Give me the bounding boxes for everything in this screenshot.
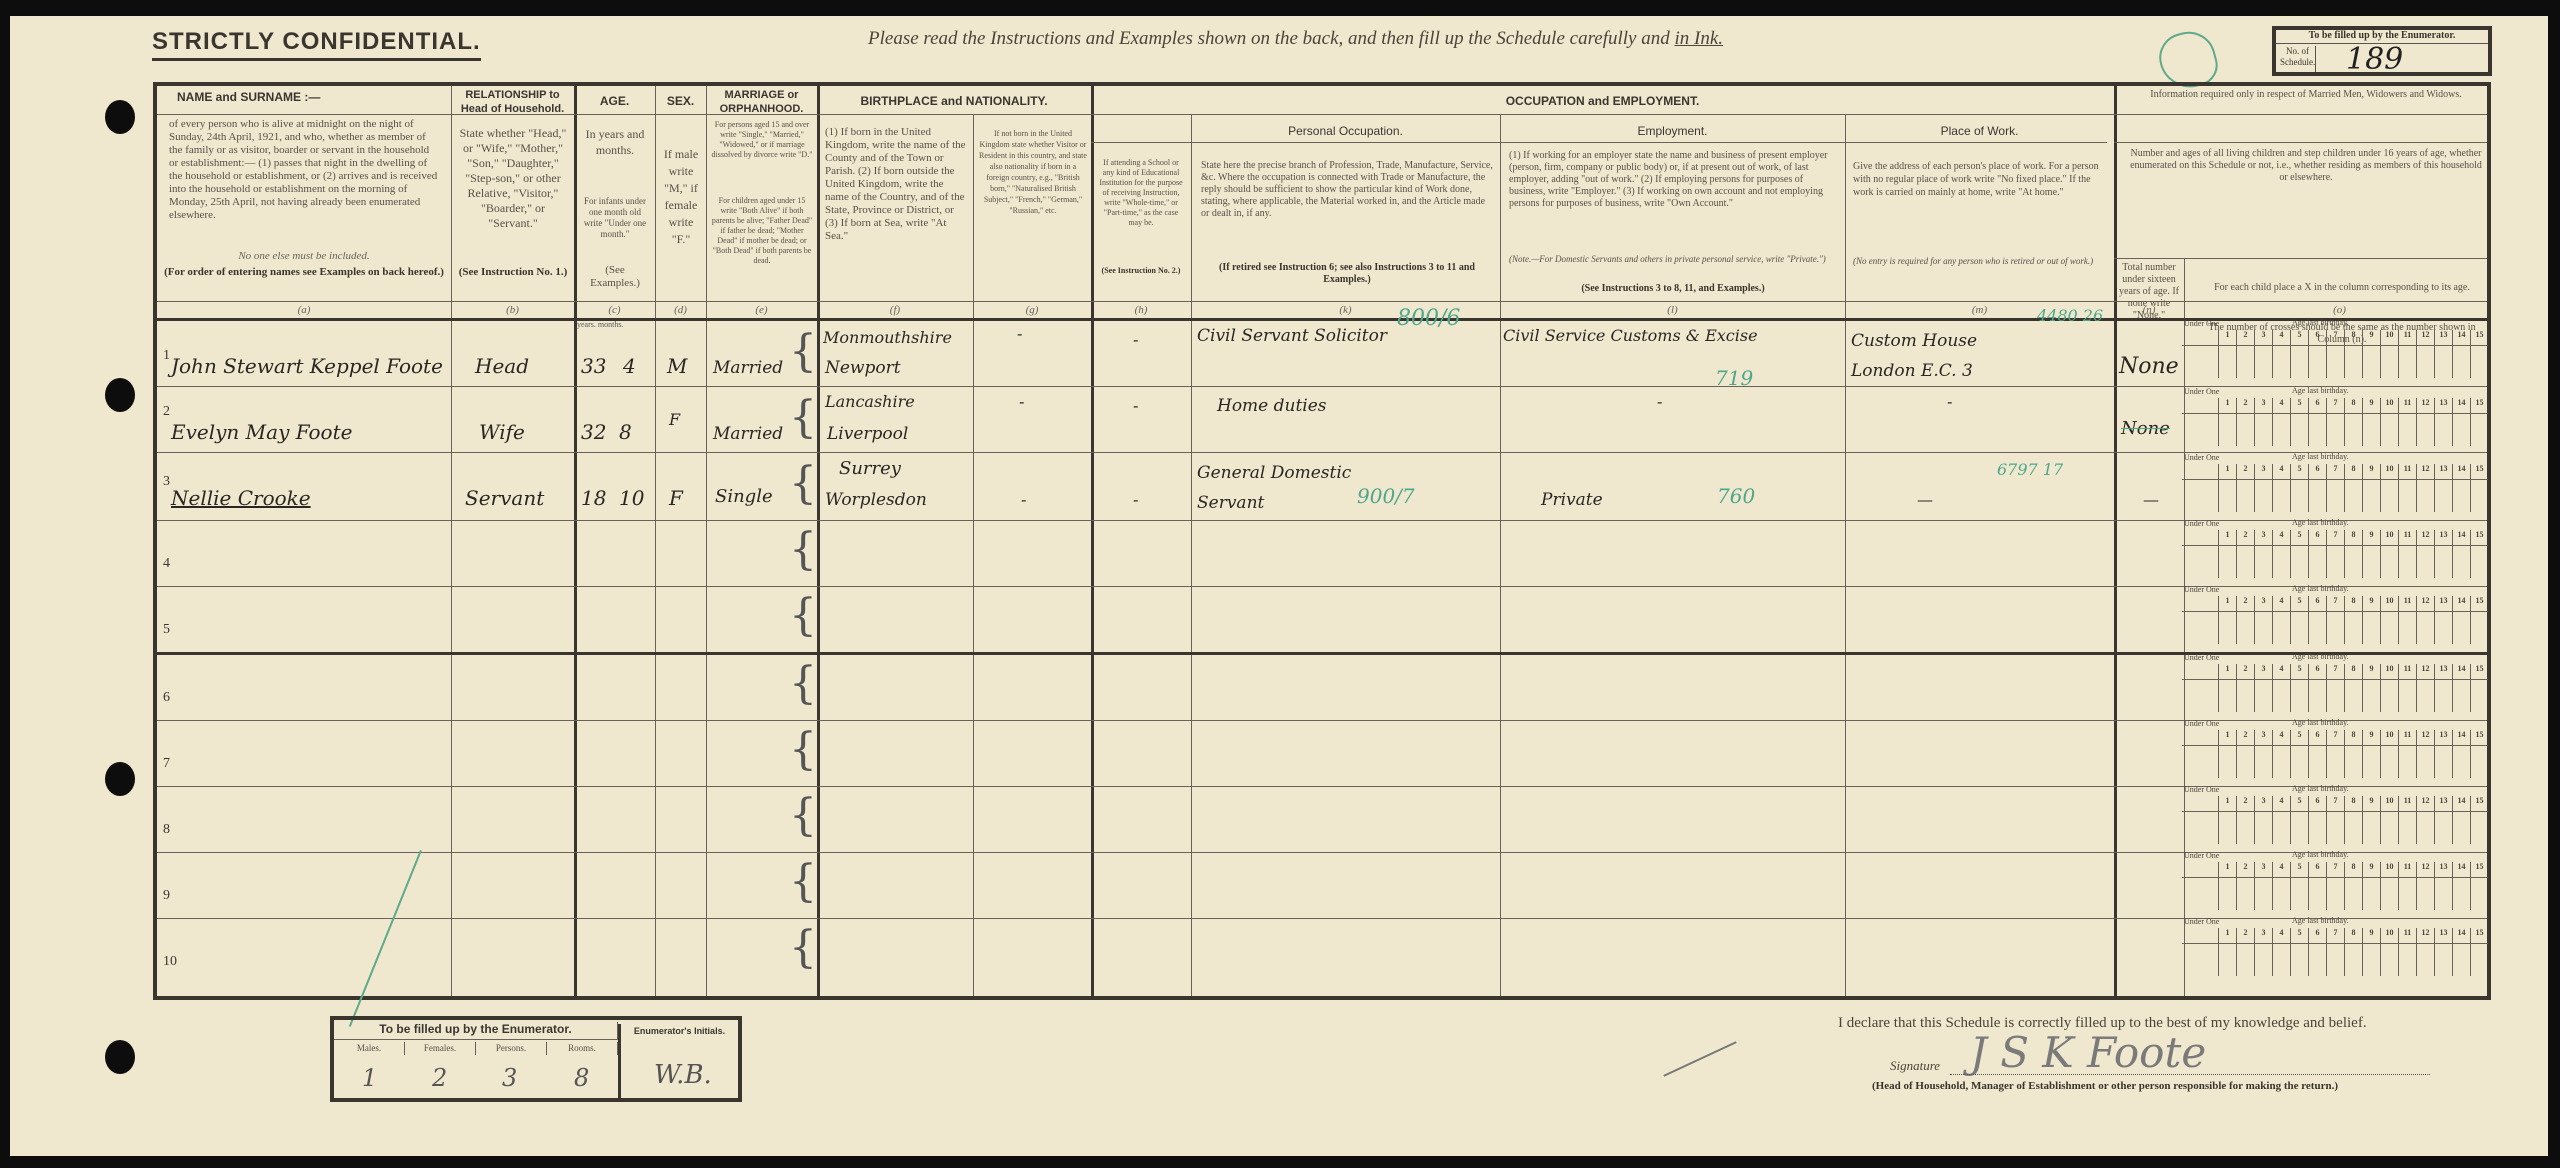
age-years: 18 <box>581 486 606 510</box>
schedule-number-box: To be filled up by the Enumerator. No. o… <box>2272 26 2492 76</box>
occupation-code: 900/7 <box>1357 484 1415 508</box>
education: - <box>1133 330 1138 349</box>
brace: { <box>789 326 817 377</box>
col-b-title: RELATIONSHIP to Head of Household. <box>451 88 574 116</box>
col-e-letter: (e) <box>706 304 817 316</box>
marriage-status: Single <box>715 486 773 507</box>
row-number: 4 <box>163 556 170 572</box>
col-d-title: SEX. <box>655 94 706 108</box>
nationality: - <box>1019 392 1024 411</box>
col-b-body: State whether "Head," or "Wife," "Mother… <box>453 126 573 231</box>
schedule-number: 189 <box>2346 42 2403 77</box>
enumerator-header: To be filled up by the Enumerator. <box>334 1022 618 1040</box>
birthplace-county: Monmouthshire <box>823 328 952 347</box>
age-grid: Under OneAge last birthday.1234567891011… <box>2182 518 2488 546</box>
row-number: 9 <box>163 888 170 904</box>
brace: { <box>789 856 817 907</box>
punch-hole <box>105 1040 135 1074</box>
relationship: Head <box>475 354 529 378</box>
children-total: None <box>2119 354 2179 379</box>
col-k-title: Personal Occupation. <box>1191 124 1500 138</box>
col-l-body: (1) If working for an employer state the… <box>1505 150 1841 210</box>
col-no-title: Information required only in respect of … <box>2117 88 2495 101</box>
signature-label: Signature <box>1890 1058 1940 1074</box>
birthplace-town: Worplesdon <box>825 490 927 510</box>
signature-note: (Head of Household, Manager of Establish… <box>1872 1080 2338 1092</box>
occupation: Home duties <box>1217 396 1327 416</box>
marriage-status: Married <box>713 358 783 378</box>
col-o-body: For each child place a X in the column c… <box>2197 282 2487 294</box>
age-grid: Under OneAge last birthday.1234567891011… <box>2182 386 2488 414</box>
col-g-body: If not born in the United Kingdom state … <box>975 128 1091 216</box>
occupation-code: 800/6 <box>1397 306 1460 331</box>
enumerator-box: To be filled up by the Enumerator. Enume… <box>330 1016 742 1102</box>
col-g-letter: (g) <box>973 304 1091 316</box>
nationality: - <box>1017 324 1022 343</box>
col-o-letter: (o) <box>2184 304 2495 316</box>
page-title: STRICTLY CONFIDENTIAL. <box>152 28 481 61</box>
occupation: Civil Servant Solicitor <box>1197 326 1387 346</box>
col-a-footer: (For order of entering names see Example… <box>157 266 451 279</box>
col-a-body: of every person who is alive at midnight… <box>165 118 445 222</box>
age-months: 10 <box>619 486 644 510</box>
instructions-text: Please read the Instructions and Example… <box>868 28 1674 49</box>
sex: M <box>667 354 687 378</box>
col-k-body: State here the precise branch of Profess… <box>1197 160 1497 220</box>
children-total: — <box>2143 490 2159 509</box>
col-c-footer: (See Examples.) <box>576 264 654 290</box>
col-c-title: AGE. <box>574 94 655 108</box>
workplace: - <box>1947 392 1952 411</box>
col-e-title: MARRIAGE or ORPHANHOOD. <box>706 88 817 116</box>
birthplace-county: Surrey <box>839 458 901 479</box>
age-months: 4 <box>623 354 636 378</box>
col-occupation-title: OCCUPATION and EMPLOYMENT. <box>1091 94 2114 108</box>
nationality: - <box>1021 490 1026 509</box>
age-subheader: years. months. <box>577 320 657 329</box>
persons-label: Persons. <box>476 1042 547 1055</box>
col-n-letter: (n) <box>2115 304 2183 316</box>
col-a-title: NAME and SURNAME :— <box>157 90 451 104</box>
col-e-body: For persons aged 15 and over write "Sing… <box>707 120 817 160</box>
brace: { <box>789 392 817 443</box>
signature-line <box>1950 1074 2430 1075</box>
employment-code: 719 <box>1715 366 1753 390</box>
col-l-footer: (See Instructions 3 to 8, 11, and Exampl… <box>1505 282 1841 295</box>
enumerator-initials: W.B. <box>654 1060 712 1090</box>
col-d-letter: (d) <box>655 304 706 316</box>
punch-hole <box>105 100 135 134</box>
brace: { <box>789 524 817 575</box>
workplace: — <box>1917 490 1933 509</box>
col-h-letter: (h) <box>1091 304 1191 316</box>
col-m-body: Give the address of each person's place … <box>1849 160 2111 199</box>
person-name: Evelyn May Foote <box>171 420 352 444</box>
brace: { <box>789 724 817 775</box>
instructions-line: Please read the Instructions and Example… <box>868 28 1723 50</box>
rooms-count: 8 <box>574 1064 589 1092</box>
col-b-letter: (b) <box>451 304 574 316</box>
birthplace-town: Liverpool <box>827 424 908 444</box>
col-no-body: Number and ages of all living children a… <box>2121 148 2491 184</box>
row-number: 5 <box>163 622 170 638</box>
age-grid: Under OneAge last birthday.1234567891011… <box>2182 916 2488 944</box>
col-m-note: (No entry is required for any person who… <box>1849 256 2111 267</box>
employer: Private <box>1541 490 1603 510</box>
col-h-footer: (See Instruction No. 2.) <box>1093 266 1189 276</box>
person-name: John Stewart Keppel Foote <box>171 354 443 378</box>
marriage-status: Married <box>713 424 783 444</box>
brace: { <box>789 922 817 973</box>
col-c-letter: (c) <box>574 304 655 316</box>
age-grid: Under OneAge last birthday.1234567891011… <box>2182 318 2488 346</box>
col-b-footer: (See Instruction No. 1.) <box>453 266 573 279</box>
sex: F <box>669 486 683 510</box>
age-grid: Under OneAge last birthday.1234567891011… <box>2182 584 2488 612</box>
instructions-ink: in Ink. <box>1674 28 1723 49</box>
row-number: 2 <box>163 404 170 420</box>
sex: F <box>669 410 680 429</box>
census-form-table: NAME and SURNAME :— of every person who … <box>153 82 2491 1000</box>
row-number: 3 <box>163 474 170 490</box>
males-count: 1 <box>362 1064 377 1092</box>
brace: { <box>789 790 817 841</box>
col-f-body: (1) If born in the United Kingdom, write… <box>821 126 971 243</box>
employer: Civil Service Customs & Excise <box>1503 326 1843 345</box>
punch-hole <box>105 378 135 412</box>
employment-code: 760 <box>1717 484 1755 508</box>
rooms-label: Rooms. <box>547 1042 618 1055</box>
col-c-body2: For infants under one month old write "U… <box>576 196 654 240</box>
children-total: None <box>2121 418 2170 439</box>
age-months: 8 <box>619 420 632 444</box>
females-count: 2 <box>432 1064 447 1092</box>
males-label: Males. <box>334 1042 405 1055</box>
col-f-letter: (f) <box>817 304 973 316</box>
col-k-footer: (If retired see Instruction 6; see also … <box>1197 262 1497 286</box>
employer: - <box>1657 392 1662 411</box>
schedule-box-label: No. of Schedule. <box>2280 46 2316 72</box>
education: - <box>1133 396 1138 415</box>
birthplace-town: Newport <box>825 358 901 378</box>
col-m-title: Place of Work. <box>1845 124 2114 138</box>
signature: J S K Foote <box>1970 1028 2206 1077</box>
col-e-body2: For children aged under 15 write "Both A… <box>707 196 817 266</box>
age-grid: Under OneAge last birthday.1234567891011… <box>2182 784 2488 812</box>
workplace-code: 4480 26 <box>2037 306 2103 325</box>
birthplace-county: Lancashire <box>825 392 915 411</box>
col-l-letter: (l) <box>1500 304 1845 316</box>
brace: { <box>789 458 817 509</box>
row-number: 8 <box>163 822 170 838</box>
brace: { <box>789 658 817 709</box>
education: - <box>1133 490 1138 509</box>
row-number: 1 <box>163 348 170 364</box>
col-l-note: (Note.—For Domestic Servants and others … <box>1505 254 1841 265</box>
persons-count: 3 <box>502 1064 517 1092</box>
age-grid: Under OneAge last birthday.1234567891011… <box>2182 652 2488 680</box>
relationship: Servant <box>465 486 544 510</box>
females-label: Females. <box>405 1042 476 1055</box>
col-d-body: If male write "M," if female write "F." <box>657 146 705 248</box>
workplace-code: 6797 17 <box>1997 460 2063 479</box>
relationship: Wife <box>479 420 525 444</box>
row-number: 7 <box>163 756 170 772</box>
col-l-title: Employment. <box>1500 124 1845 138</box>
row-number: 6 <box>163 690 170 706</box>
col-h-body: If attending a School or any kind of Edu… <box>1093 158 1189 228</box>
age-grid: Under OneAge last birthday.1234567891011… <box>2182 718 2488 746</box>
col-a-note: No one else must be included. <box>157 250 451 262</box>
row-number: 10 <box>163 954 177 970</box>
col-fg-title: BIRTHPLACE and NATIONALITY. <box>817 94 1091 108</box>
age-grid: Under OneAge last birthday.1234567891011… <box>2182 850 2488 878</box>
punch-hole <box>105 762 135 796</box>
age-years: 32 <box>581 420 606 444</box>
person-name: Nellie Crooke <box>171 486 311 510</box>
col-a-letter: (a) <box>157 304 451 316</box>
brace: { <box>789 590 817 641</box>
age-grid: Under OneAge last birthday.1234567891011… <box>2182 452 2488 480</box>
workplace: Custom House London E.C. 3 <box>1851 326 2001 386</box>
age-years: 33 <box>581 354 606 378</box>
col-c-body: In years and months. <box>576 126 654 158</box>
